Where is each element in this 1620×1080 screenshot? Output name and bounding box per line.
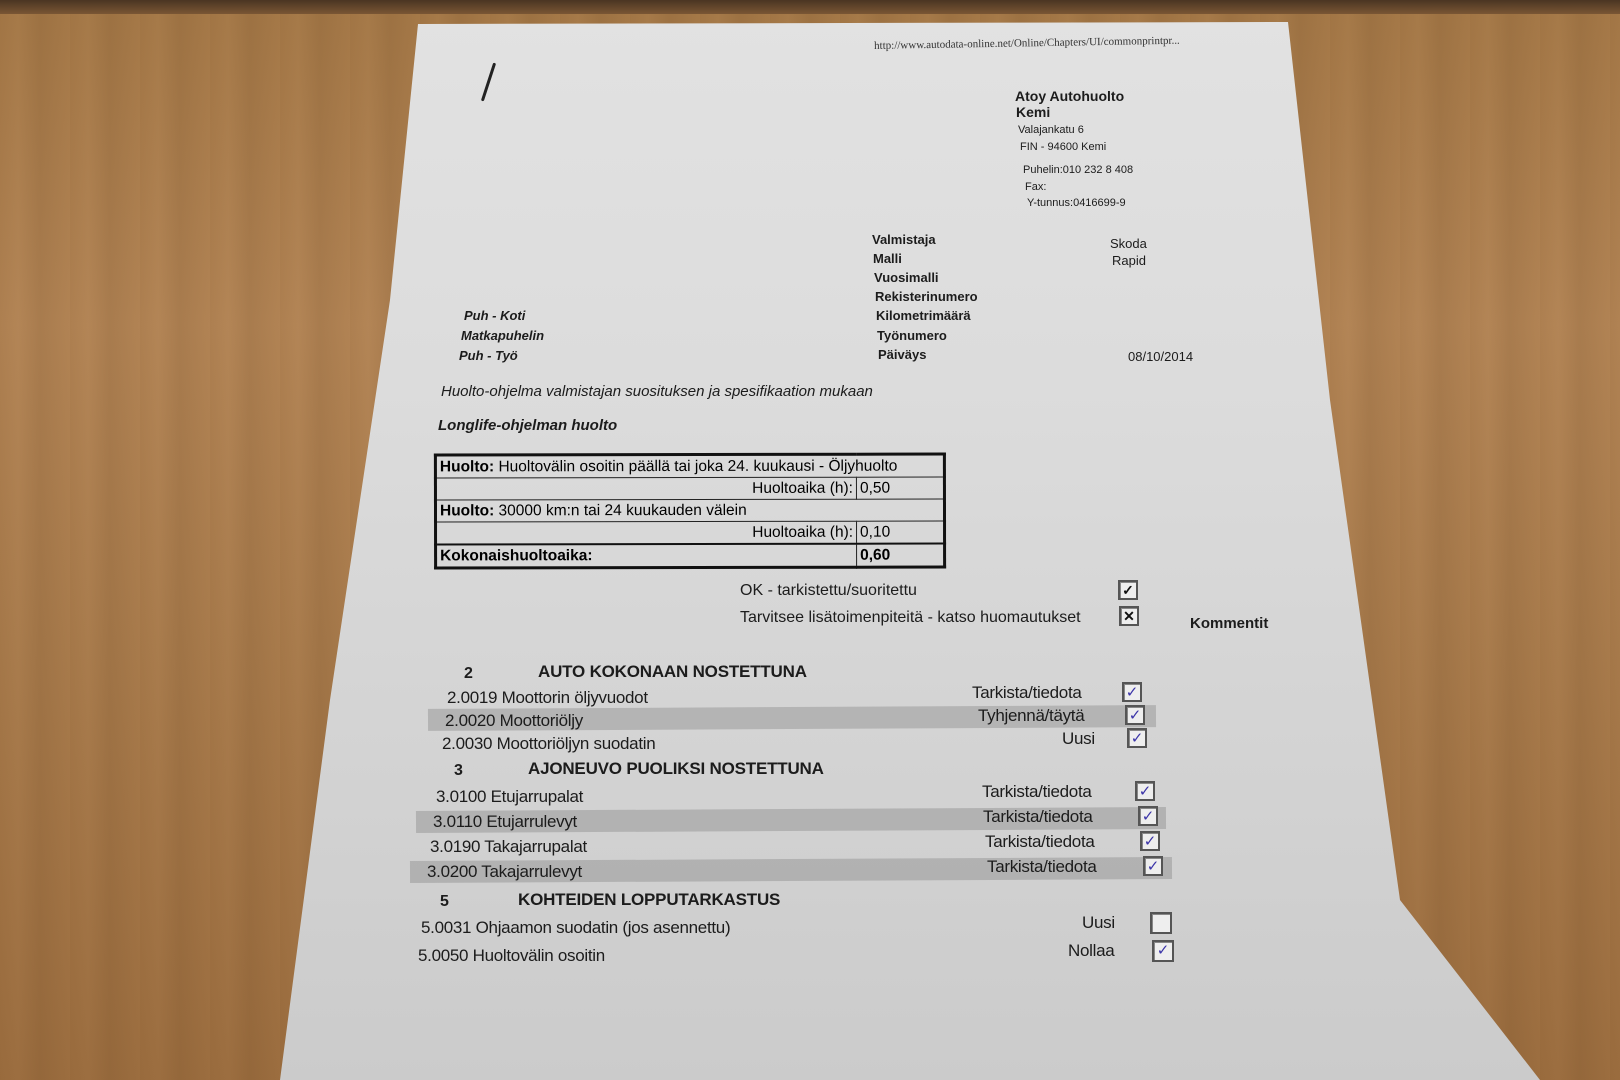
checklist-item: 5.0031 Ohjaamon suodatin (jos asennettu) bbox=[421, 918, 730, 938]
company-name: Atoy Autohuolto bbox=[1015, 88, 1124, 104]
legend-needs-label: Tarvitsee lisätoimenpiteitä - katso huom… bbox=[740, 609, 1081, 627]
intro-text: Huolto-ohjelma valmistajan suosituksen j… bbox=[441, 383, 873, 400]
checklist-checkbox[interactable]: ✓ bbox=[1135, 781, 1155, 801]
checklist-action: Tarkista/tiedota bbox=[983, 807, 1093, 827]
field-label-model: Malli bbox=[873, 251, 902, 266]
field-label-work-phone: Puh - Työ bbox=[459, 348, 518, 363]
summary-total-row: Kokonaishuoltoaika: 0,60 bbox=[436, 544, 945, 568]
field-value-manufacturer: Skoda bbox=[1110, 236, 1147, 251]
section-title: AJONEUVO PUOLIKSI NOSTETTUNA bbox=[528, 759, 824, 779]
desk-edge bbox=[0, 0, 1620, 14]
field-label-mileage: Kilometrimäärä bbox=[876, 308, 971, 323]
section-number: 3 bbox=[454, 762, 463, 780]
summary-time-value: 0,50 bbox=[856, 477, 944, 499]
checklist-item: 3.0200 Takajarrulevyt bbox=[427, 862, 582, 882]
section-number: 5 bbox=[440, 893, 449, 911]
company-business-id: Y-tunnus:0416699-9 bbox=[1027, 197, 1126, 209]
checklist-action: Tarkista/tiedota bbox=[982, 782, 1092, 802]
field-label-home-phone: Puh - Koti bbox=[464, 308, 525, 323]
company-postal: FIN - 94600 Kemi bbox=[1020, 141, 1106, 153]
summary-total-value: 0,60 bbox=[857, 544, 945, 568]
section-title: AUTO KOKONAAN NOSTETTUNA bbox=[538, 662, 807, 682]
service-summary-table: Huolto: Huoltovälin osoitin päällä tai j… bbox=[434, 453, 946, 570]
summary-total-label: Kokonaishuoltoaika: bbox=[436, 544, 857, 568]
checklist-action: Uusi bbox=[1062, 729, 1095, 749]
checklist-action: Nollaa bbox=[1068, 941, 1114, 961]
checklist-action: Tarkista/tiedota bbox=[987, 857, 1097, 877]
checklist-item: 3.0190 Takajarrupalat bbox=[430, 837, 587, 857]
section-title: KOHTEIDEN LOPPUTARKASTUS bbox=[518, 890, 780, 910]
checklist-item: 2.0030 Moottoriöljyn suodatin bbox=[442, 734, 655, 754]
checklist-checkbox[interactable]: ✓ bbox=[1138, 806, 1158, 826]
field-label-registration: Rekisterinumero bbox=[875, 289, 978, 304]
checklist-checkbox[interactable]: ✓ bbox=[1140, 831, 1160, 851]
checklist-checkbox[interactable]: ✓ bbox=[1127, 728, 1147, 748]
checklist-action: Tyhjennä/täytä bbox=[978, 706, 1084, 726]
company-city: Kemi bbox=[1016, 104, 1050, 120]
comments-label: Kommentit bbox=[1190, 615, 1268, 632]
checklist-checkbox[interactable]: ✓ bbox=[1143, 856, 1163, 876]
checklist-item: 3.0100 Etujarrupalat bbox=[436, 787, 583, 807]
summary-time-value: 0,10 bbox=[857, 521, 945, 544]
summary-row: Huolto: 30000 km:n tai 24 kuukauden väle… bbox=[435, 499, 944, 522]
company-street: Valajankatu 6 bbox=[1018, 124, 1084, 136]
checklist-action: Tarkista/tiedota bbox=[972, 683, 1082, 703]
program-title: Longlife-ohjelman huolto bbox=[438, 417, 617, 434]
summary-service-cell: Huolto: 30000 km:n tai 24 kuukauden väle… bbox=[435, 499, 944, 522]
section-number: 2 bbox=[464, 665, 473, 683]
field-value-model: Rapid bbox=[1112, 253, 1146, 268]
summary-time-label: Huoltoaika (h): bbox=[436, 521, 857, 544]
checklist-item: 3.0110 Etujarrulevyt bbox=[433, 812, 577, 832]
checklist-checkbox[interactable] bbox=[1150, 912, 1172, 934]
checklist-checkbox[interactable]: ✓ bbox=[1125, 705, 1145, 725]
field-label-manufacturer: Valmistaja bbox=[872, 232, 936, 247]
checklist-item: 2.0019 Moottorin öljyvuodot bbox=[447, 688, 648, 708]
field-label-date: Päiväys bbox=[878, 347, 926, 362]
summary-time-row: Huoltoaika (h): 0,50 bbox=[435, 477, 944, 500]
legend-needs-checkbox: ✕ bbox=[1119, 606, 1139, 626]
field-label-mobile: Matkapuhelin bbox=[461, 328, 544, 343]
summary-time-label: Huoltoaika (h): bbox=[435, 477, 856, 500]
checklist-action: Tarkista/tiedota bbox=[985, 832, 1095, 852]
summary-service-cell: Huolto: Huoltovälin osoitin päällä tai j… bbox=[435, 454, 944, 478]
field-label-work-number: Työnumero bbox=[877, 328, 947, 343]
summary-time-row: Huoltoaika (h): 0,10 bbox=[436, 521, 945, 544]
checklist-action: Uusi bbox=[1082, 913, 1115, 933]
field-value-date: 08/10/2014 bbox=[1128, 349, 1193, 364]
field-label-model-year: Vuosimalli bbox=[874, 270, 939, 285]
checklist-item: 5.0050 Huoltovälin osoitin bbox=[418, 946, 605, 966]
checklist-item: 2.0020 Moottoriöljy bbox=[445, 711, 583, 731]
summary-row: Huolto: Huoltovälin osoitin päällä tai j… bbox=[435, 454, 944, 478]
company-fax: Fax: bbox=[1025, 181, 1046, 193]
company-phone: Puhelin:010 232 8 408 bbox=[1023, 164, 1133, 176]
legend-ok-checkbox: ✓ bbox=[1118, 580, 1138, 600]
legend-ok-label: OK - tarkistettu/suoritettu bbox=[740, 582, 917, 600]
checklist-checkbox[interactable]: ✓ bbox=[1152, 940, 1174, 962]
checklist-checkbox[interactable]: ✓ bbox=[1122, 682, 1142, 702]
